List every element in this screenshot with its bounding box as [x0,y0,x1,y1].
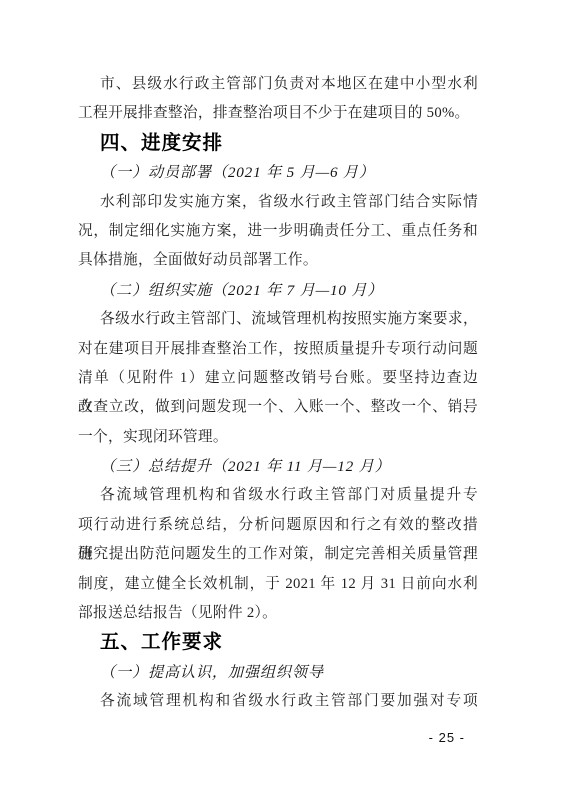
section-heading-4: 四、进度安排 [78,129,478,158]
subsection-heading: （一）提高认识，加强组织领导 [78,658,478,687]
body-line: 立查立改，做到问题发现一个、入账一个、整改一个、销号 [78,393,478,422]
body-line: 况，制定细化实施方案，进一步明确责任分工、重点任务和 [78,217,478,246]
body-line: 一个，实现闭环管理。 [78,423,478,452]
page-number: - 25 - [429,730,465,745]
body-line: 各流域管理机构和省级水行政主管部门对质量提升专 [78,481,478,510]
body-line: 工程开展排查整治，排查整治项目不少于在建项目的 50%。 [78,99,478,128]
body-line: 水利部印发实施方案，省级水行政主管部门结合实际情 [78,188,478,217]
section-heading-5: 五、工作要求 [78,628,478,657]
body-line: 各级水行政主管部门、流域管理机构按照实施方案要求， [78,305,478,334]
document-page: 市、县级水行政主管部门负责对本地区在建中小型水利 工程开展排查整治，排查整治项目… [0,0,565,800]
body-line: 市、县级水行政主管部门负责对本地区在建中小型水利 [78,70,478,99]
body-line: 各流域管理机构和省级水行政主管部门要加强对专项 [78,687,478,716]
body-line: 项行动进行系统总结，分析问题原因和行之有效的整改措施， [78,511,478,540]
subsection-heading: （三）总结提升（2021 年 11 月—12 月） [78,452,478,481]
body-line: 对在建项目开展排查整治工作，按照质量提升专项行动问题 [78,335,478,364]
document-body: 市、县级水行政主管部门负责对本地区在建中小型水利 工程开展排查整治，排查整治项目… [78,70,478,717]
body-line: 部报送总结报告（见附件 2）。 [78,599,478,628]
body-line: 制度，建立健全长效机制，于 2021 年 12 月 31 日前向水利 [78,570,478,599]
body-line: 清单（见附件 1）建立问题整改销号台账。要坚持边查边改、 [78,364,478,393]
subsection-heading: （一）动员部署（2021 年 5 月—6 月） [78,158,478,187]
body-line: 研究提出防范问题发生的工作对策，制定完善相关质量管理 [78,540,478,569]
subsection-heading: （二）组织实施（2021 年 7 月—10 月） [78,276,478,305]
body-line: 具体措施，全面做好动员部署工作。 [78,246,478,275]
